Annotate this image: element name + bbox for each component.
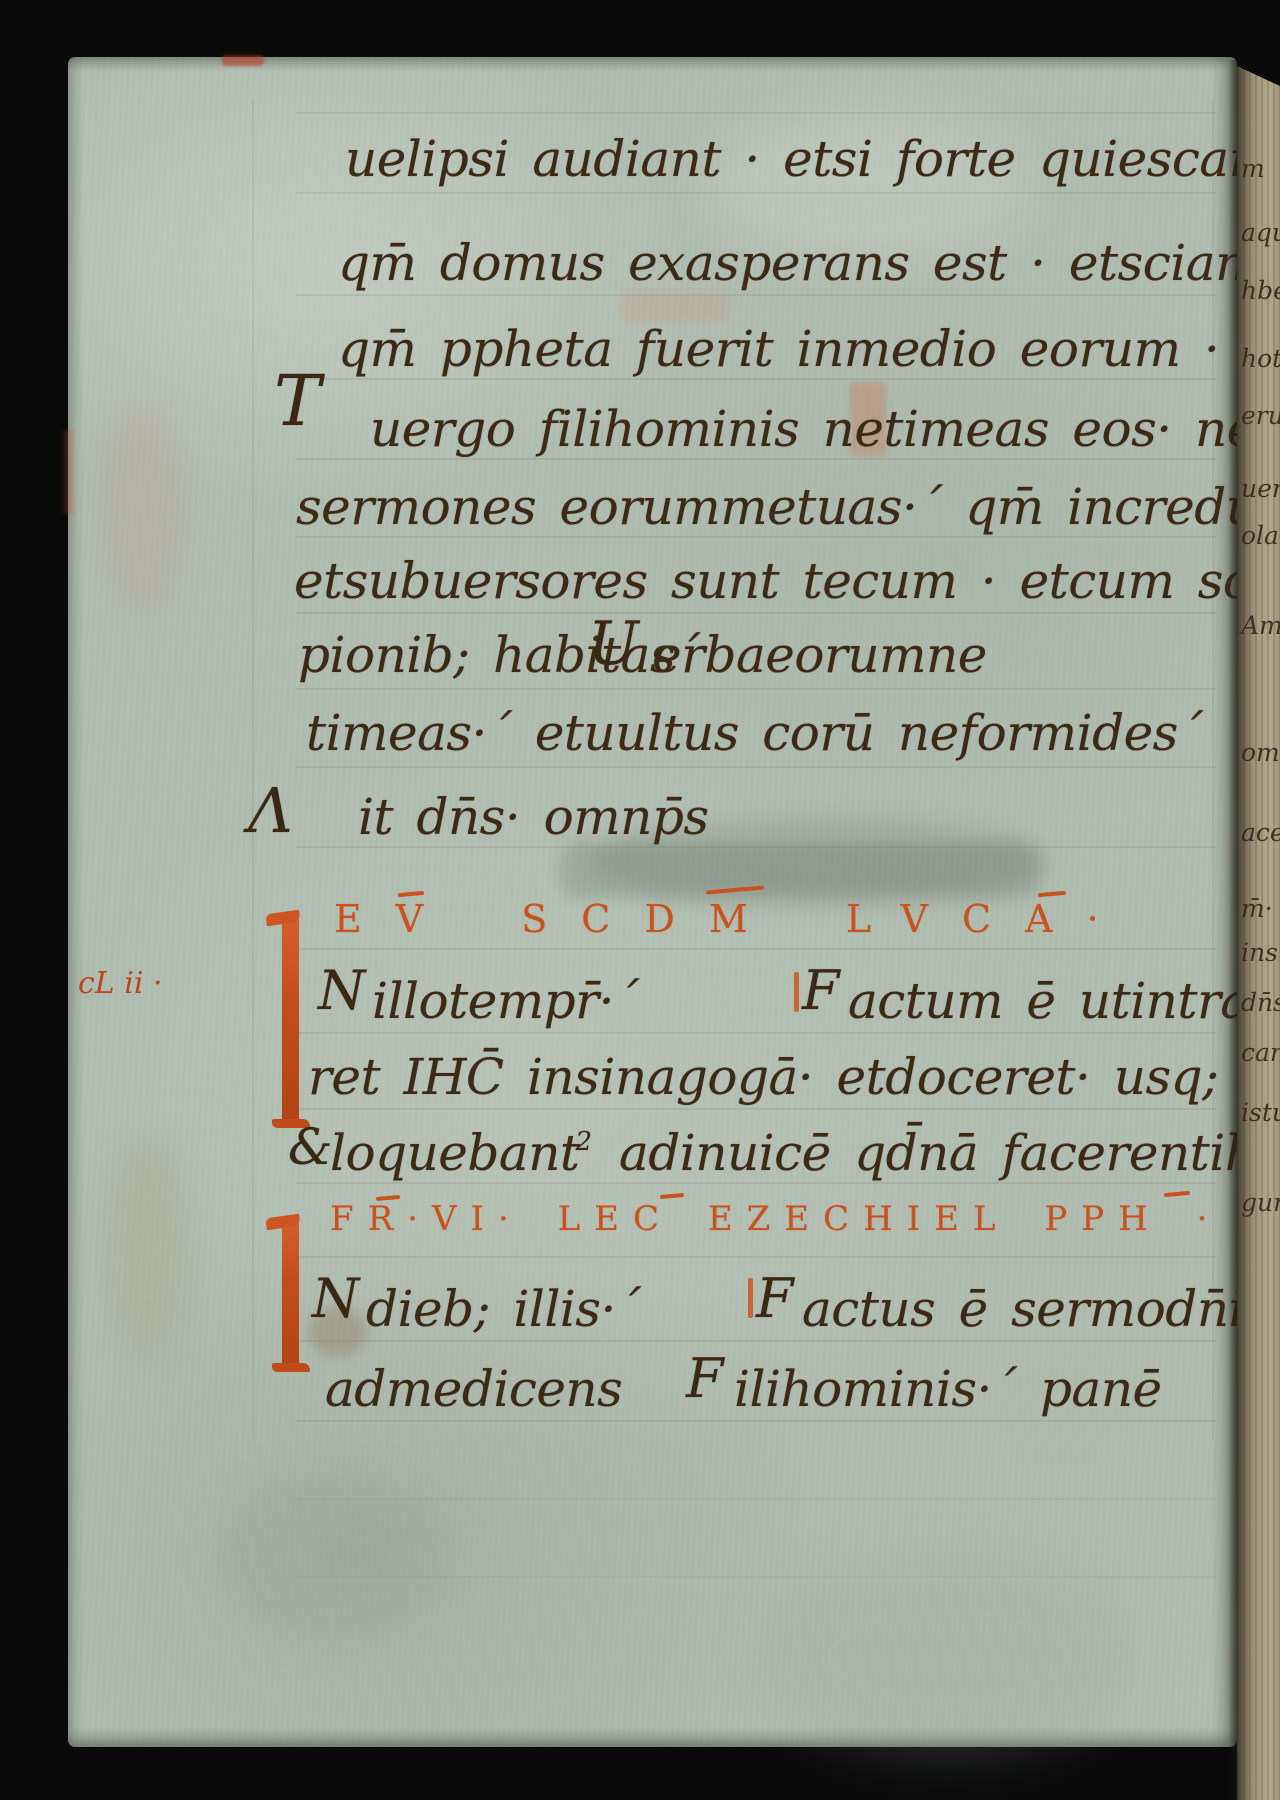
ruling-line-vertical (252, 100, 254, 1440)
ruling-line (296, 378, 1216, 380)
margin-note: cL ii · (78, 966, 163, 1001)
initial-i-gospel (282, 914, 299, 1126)
red-edge-mark (222, 55, 264, 66)
text-line: it dn̄s· omnp̄s (358, 792, 709, 842)
ampersand: & (288, 1122, 333, 1172)
rubric-gospel-luke: EV SCDM LVCA· (334, 900, 1133, 938)
text-line: panē (1040, 1364, 1162, 1414)
fore-edge-text-fragment: aqu (1241, 218, 1280, 247)
fore-edge-text-fragment: uertu (1241, 474, 1280, 503)
text-line: admedicens (325, 1364, 622, 1414)
fore-edge-text-fragment: dn̄s (1241, 988, 1280, 1017)
text-line: actus ē sermodn̄i (802, 1284, 1244, 1334)
red-initial-accent (794, 972, 799, 1012)
text-line: actum ē utintra (848, 976, 1250, 1026)
text-line: ret IHC̄ insinagogā· etdoceret· usq; (308, 1052, 1219, 1102)
parchment-stain (98, 397, 188, 617)
text-segment: adinuicē qd̄nā facerentihu (619, 1124, 1280, 1182)
text-line: uergo filihominis netimeas eos· neq; (370, 404, 1280, 454)
ruling-line (296, 1032, 1216, 1034)
fore-edge-text-fragment: omier (1241, 738, 1280, 767)
ruling-line-vertical (1212, 100, 1214, 1440)
rubric-lesson-ezekiel: FR·VI· LEC EZECHIEL PPH · (330, 1202, 1221, 1236)
initial-i-lesson (282, 1218, 299, 1370)
text-line: loquebant2 adinuicē qd̄nā facerentihu (330, 1128, 1280, 1178)
ruling-line (296, 1576, 1216, 1578)
fore-edge-text-fragment: eru sa (1241, 401, 1280, 430)
ruling-line (296, 688, 1216, 690)
ruling-line (296, 1340, 1216, 1342)
fore-edge-text-fragment: ins (1241, 938, 1278, 967)
fore-edge-text-fragment: aces q (1241, 818, 1280, 847)
ruling-line (296, 846, 1216, 848)
ruling-line (296, 612, 1216, 614)
text-line: ilihominis·ˊ (734, 1364, 1016, 1414)
text-line: timeas·ˊ etuultus corū neformidesˊ (306, 708, 1202, 758)
ruling-line (296, 1420, 1216, 1422)
ruling-line (296, 766, 1216, 768)
ruling-line (296, 1108, 1216, 1110)
initial-a: Λ (248, 780, 293, 842)
parchment-stain (218, 1477, 438, 1637)
text-line: qm̄ domus exasperans est · etsciant (338, 238, 1266, 288)
fore-edge-text-fragment: istud (1241, 1098, 1280, 1127)
superscript-correction: 2 (576, 1127, 592, 1157)
initial-f: F (686, 1352, 723, 1406)
facing-page-fore-edge: m aqu hbe· hot d eru sa uertu olati Ami … (1237, 66, 1280, 1800)
text-line: sermones eorummetuas·ˊ qm̄ incredul (296, 482, 1273, 532)
ruling-line (296, 1182, 1216, 1184)
fore-edge-text-fragment: m (1241, 154, 1265, 183)
ruling-line (296, 536, 1216, 538)
ruling-line (296, 192, 1216, 194)
fore-edge-text-fragment: Ami (1241, 611, 1280, 640)
initial-n: N (318, 964, 365, 1018)
text-line: qm̄ ppheta fuerit inmedio eorum · (338, 324, 1219, 374)
fore-edge-text-fragment: olati (1241, 521, 1280, 550)
red-initial-accent (748, 1278, 753, 1318)
fore-edge-text-fragment: m̄· te (1241, 894, 1280, 923)
initial-f: F (756, 1272, 793, 1326)
ruling-line (296, 1498, 1216, 1500)
text-line: uelipsi audiant · etsi forte quiescant (345, 134, 1280, 184)
text-line: etsubuersores sunt tecum · etcum scor (294, 556, 1280, 606)
ruling-line (296, 1256, 1216, 1258)
fore-edge-text-fragment: hbe· (1241, 276, 1280, 305)
fore-edge-text-fragment: hot d (1241, 344, 1280, 373)
text-segment: loquebant (330, 1124, 580, 1182)
initial-u: U (588, 614, 639, 674)
fore-edge-text-fragment: cans (1241, 1038, 1280, 1067)
initial-n: N (312, 1272, 359, 1326)
ruling-line (296, 458, 1216, 460)
initial-f: F (802, 964, 839, 1018)
parchment-stain (768, 1557, 1128, 1757)
fore-edge-text-fragment: gum (1241, 1188, 1280, 1217)
text-line: pionib; habitasˊ (298, 630, 700, 680)
text-line: erbaeorumne (652, 630, 987, 680)
ruling-line (296, 294, 1216, 296)
text-line: illotempr̄·ˊ (372, 976, 638, 1026)
parchment-stain (108, 1137, 188, 1357)
text-line: dieb; illis·ˊ (366, 1284, 640, 1334)
ruling-line (296, 948, 1216, 950)
manuscript-photo: uelipsi audiant · etsi forte quiescant q… (0, 0, 1280, 1800)
ruling-line (296, 112, 1216, 114)
initial-t: T (274, 366, 321, 436)
